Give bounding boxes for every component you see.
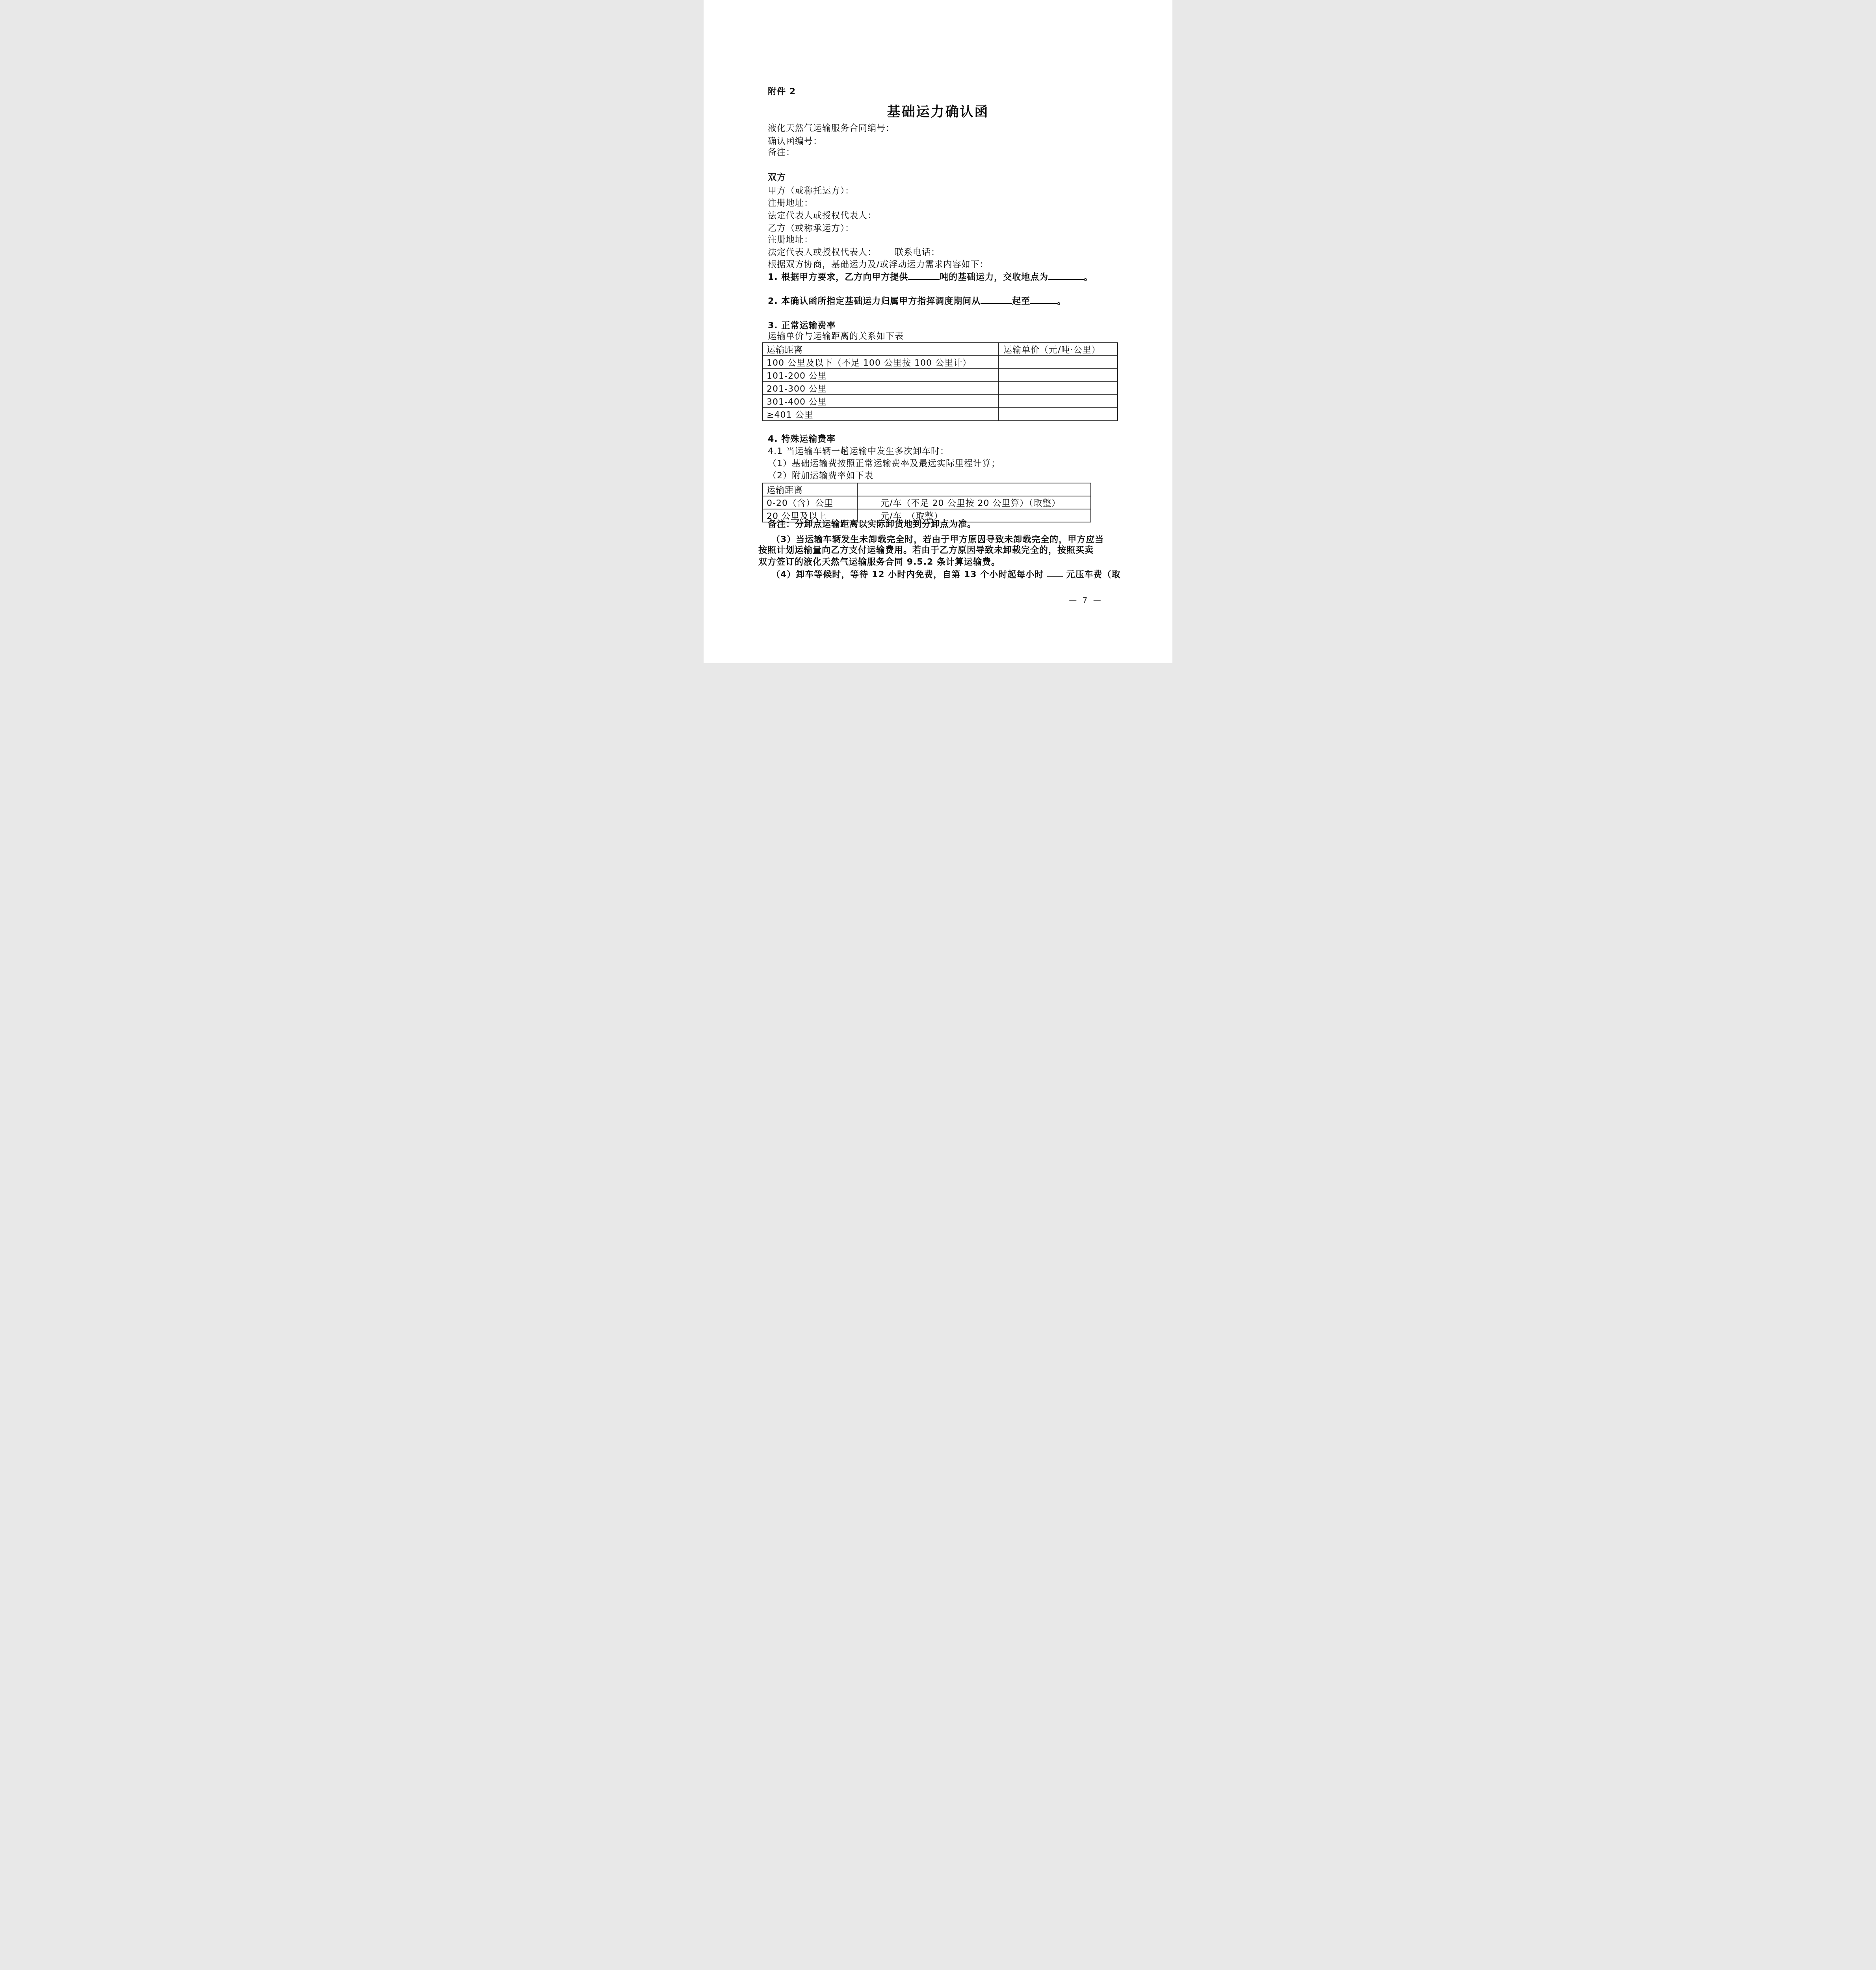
clause-4-4: （4）卸车等候时，等待 12 小时内免费，自第 13 个小时起每小时 元压车费（… <box>771 569 1121 581</box>
fill-in-blank-tons <box>908 271 940 280</box>
party-b-phone-label: 联系电话： <box>895 247 940 257</box>
parties-heading: 双方 <box>768 172 786 184</box>
table-header-row: 运输距离 运输单价（元/吨·公里） <box>763 343 1118 356</box>
confirmation-number-label: 确认函编号： <box>768 136 822 147</box>
table-row: 100 公里及以下（不足 100 公里按 100 公里计） <box>763 356 1118 369</box>
page-number: — 7 — <box>1058 595 1113 605</box>
normal-rate-table: 运输距离 运输单价（元/吨·公里） 100 公里及以下（不足 100 公里按 1… <box>762 342 1118 421</box>
distance-header-cell: 运输距离 <box>763 483 857 496</box>
rate-cell <box>998 356 1118 369</box>
party-b-rep-phone-line: 法定代表人或授权代表人：联系电话： <box>768 247 940 258</box>
rate-cell <box>998 382 1118 395</box>
clause-2-end: 。 <box>1057 296 1066 306</box>
clause-4-4-pre: （4）卸车等候时，等待 12 小时内免费，自第 13 个小时起每小时 <box>771 570 1044 580</box>
clause-4-3-line-3: 双方签订的液化天然气运输服务合同 9.5.2 条计算运输费。 <box>758 556 1000 568</box>
table-row: ≥401 公里 <box>763 408 1118 421</box>
document-page: 附件 2 基础运力确认函 液化天然气运输服务合同编号： 确认函编号： 备注： 双… <box>704 0 1172 663</box>
remark-label: 备注： <box>768 147 795 158</box>
distance-cell: 0-20（含）公里 <box>763 496 857 509</box>
clause-1-mid: 吨的基础运力，交收地点为 <box>940 272 1048 282</box>
party-b-representative-label: 法定代表人或授权代表人： <box>768 247 877 257</box>
party-a-representative-label: 法定代表人或授权代表人： <box>768 210 877 222</box>
section-4-heading: 4. 特殊运输费率 <box>768 433 836 445</box>
table-row: 201-300 公里 <box>763 382 1118 395</box>
fill-in-blank-fee <box>1047 569 1063 577</box>
rate-cell <box>998 395 1118 408</box>
rate-cell <box>998 408 1118 421</box>
fill-in-blank-location <box>1048 271 1084 280</box>
clause-4-1-2: （2）附加运输费率如下表 <box>768 470 873 482</box>
table-row: 0-20（含）公里 元/车（不足 20 公里按 20 公里算）（取整） <box>763 496 1091 509</box>
distance-cell: 201-300 公里 <box>763 382 998 395</box>
clause-2-pre: 2. 本确认函所指定基础运力归属甲方指挥调度期间从 <box>768 296 981 306</box>
clause-2-mid: 起至 <box>1012 296 1030 306</box>
clause-4-3-line-1: （3）当运输车辆发生未卸载完全时，若由于甲方原因导致未卸载完全的，甲方应当 <box>771 534 1104 546</box>
distance-cell: 100 公里及以下（不足 100 公里按 100 公里计） <box>763 356 998 369</box>
distance-header-cell: 运输距离 <box>763 343 998 356</box>
clause-4-3-line-2: 按照计划运输量向乙方支付运输费用。若由于乙方原因导致未卸载完全的，按照买卖 <box>758 545 1094 556</box>
clause-4-1-1: （1）基础运输费按照正常运输费率及最远实际里程计算； <box>768 458 1000 470</box>
attachment-label: 附件 2 <box>768 86 796 98</box>
distance-cell: 301-400 公里 <box>763 395 998 408</box>
table-note: 备注：分卸点运输距离以实际卸货地到分卸点为准。 <box>768 519 976 530</box>
fill-in-blank-date-to <box>1030 295 1057 304</box>
rate-header-cell <box>857 483 1091 496</box>
party-a-label: 甲方（或称托运方）： <box>768 185 854 197</box>
unit-price-header-cell: 运输单价（元/吨·公里） <box>998 343 1118 356</box>
clause-1-pre: 1. 根据甲方要求，乙方向甲方提供 <box>768 272 908 282</box>
section-3-heading: 3. 正常运输费率 <box>768 320 836 332</box>
clause-1: 1. 根据甲方要求，乙方向甲方提供吨的基础运力，交收地点为。 <box>768 271 1093 283</box>
party-b-label: 乙方（或称承运方）： <box>768 223 854 234</box>
fill-in-blank-date-from <box>981 295 1012 304</box>
clause-2: 2. 本确认函所指定基础运力归属甲方指挥调度期间从起至。 <box>768 295 1066 307</box>
negotiation-line: 根据双方协商，基础运力及/或浮动运力需求内容如下： <box>768 259 988 271</box>
distance-cell: 101-200 公里 <box>763 369 998 382</box>
section-3-intro: 运输单价与运输距离的关系如下表 <box>768 331 904 342</box>
contract-number-label: 液化天然气运输服务合同编号： <box>768 123 895 134</box>
table-row: 101-200 公里 <box>763 369 1118 382</box>
clause-4-1: 4.1 当运输车辆一趟运输中发生多次卸车时： <box>768 446 949 457</box>
page-title: 基础运力确认函 <box>763 101 1113 120</box>
party-b-address-label: 注册地址： <box>768 234 813 246</box>
clause-4-4-post: 元压车费（取 <box>1066 570 1121 580</box>
clause-1-end: 。 <box>1084 272 1093 282</box>
table-header-row: 运输距离 <box>763 483 1091 496</box>
party-a-address-label: 注册地址： <box>768 197 813 209</box>
table-row: 301-400 公里 <box>763 395 1118 408</box>
additional-rate-table: 运输距离 0-20（含）公里 元/车（不足 20 公里按 20 公里算）（取整）… <box>762 483 1091 522</box>
rate-cell: 元/车（不足 20 公里按 20 公里算）（取整） <box>857 496 1091 509</box>
rate-cell <box>998 369 1118 382</box>
distance-cell: ≥401 公里 <box>763 408 998 421</box>
